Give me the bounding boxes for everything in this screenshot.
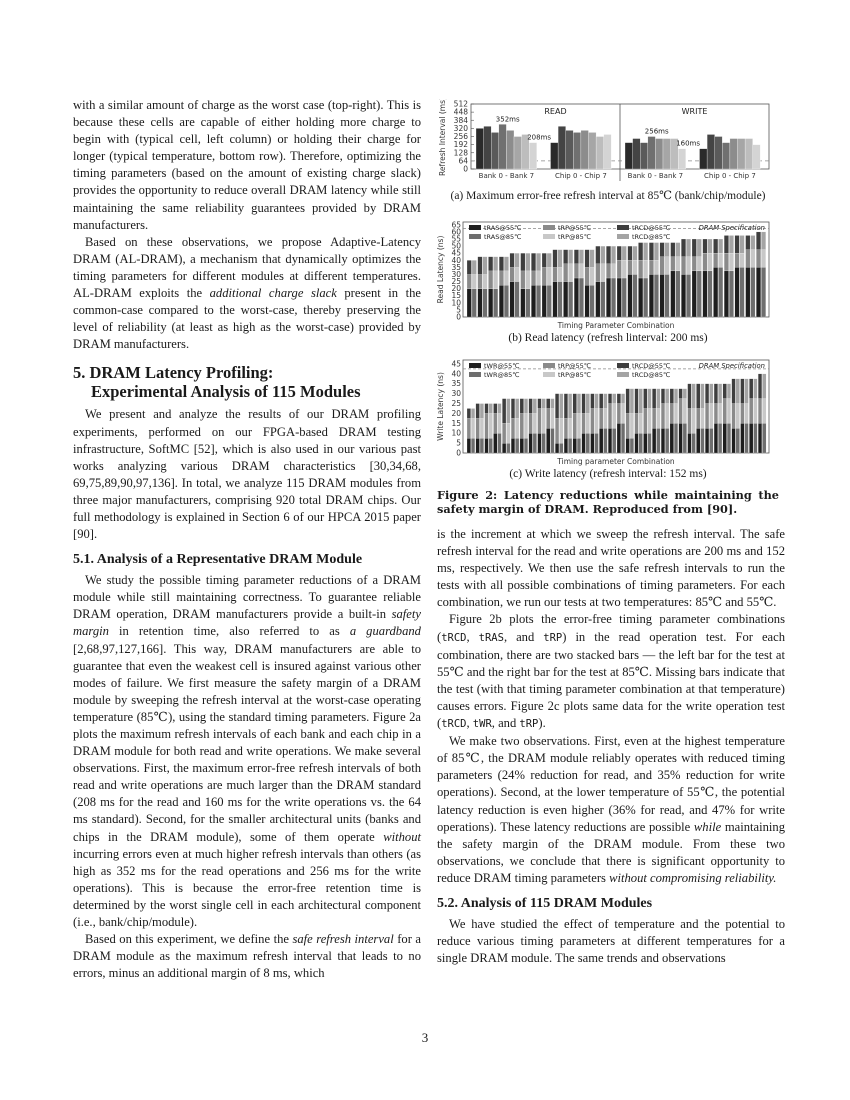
svg-text:40: 40 [451, 369, 461, 378]
svg-text:128: 128 [454, 148, 469, 157]
svg-text:25: 25 [451, 399, 461, 408]
refresh-interval-chart: 064128192256320384448512Refresh Interval… [437, 99, 779, 187]
svg-text:Refresh Interval (ms): Refresh Interval (ms) [438, 99, 447, 176]
emphasis: without [383, 830, 421, 844]
svg-text:20: 20 [451, 409, 461, 418]
paragraph: Based on this experiment, we define the … [73, 931, 421, 982]
emphasis: while [694, 820, 721, 834]
code-term: tRP [543, 632, 562, 644]
svg-text:Timing Parameter Combination: Timing Parameter Combination [557, 321, 675, 330]
svg-text:Chip 0 - Chip 7: Chip 0 - Chip 7 [555, 172, 607, 180]
svg-text:208ms: 208ms [527, 134, 551, 142]
svg-text:tRCD@85℃: tRCD@85℃ [632, 371, 670, 379]
svg-text:DRAM Specification: DRAM Specification [699, 224, 765, 232]
svg-text:192: 192 [454, 140, 469, 149]
svg-text:tRCD@55℃: tRCD@55℃ [632, 362, 670, 370]
svg-text:30: 30 [451, 389, 461, 398]
emphasis: additional charge slack [210, 286, 337, 300]
subfigure-caption: (b) Read latency (refresh linterval: 200… [437, 332, 779, 344]
text-run: ). [538, 716, 545, 730]
paragraph: We have studied the effect of temperatur… [437, 916, 785, 967]
read-latency-chart: 05101520253035404550556065Read Latency (… [437, 219, 779, 331]
text-run: [2,68,97,127,166]. This way, DRAM manufa… [73, 642, 421, 844]
emphasis: safe refresh interval [292, 932, 393, 946]
svg-text:45: 45 [451, 359, 461, 368]
paragraph: We make two observations. First, even at… [437, 733, 785, 887]
svg-text:352ms: 352ms [496, 115, 520, 123]
svg-text:tRAS@55℃: tRAS@55℃ [484, 224, 521, 232]
text-run: in retention time, also referred to as [109, 624, 350, 638]
section-5-heading: 5. DRAM Latency Profiling:Experimental A… [73, 363, 421, 401]
svg-text:tRP@85℃: tRP@85℃ [558, 233, 591, 241]
svg-text:tRCD@55℃: tRCD@55℃ [632, 224, 670, 232]
paragraph: We present and analyze the results of ou… [73, 406, 421, 543]
svg-text:0: 0 [456, 449, 461, 458]
svg-text:256ms: 256ms [645, 128, 669, 136]
svg-text:5: 5 [456, 439, 461, 448]
svg-text:tRP@85℃: tRP@85℃ [558, 371, 591, 379]
text-run: incurring errors even at much higher ref… [73, 847, 421, 929]
svg-text:tRAS@85℃: tRAS@85℃ [484, 233, 521, 241]
text-run: ) in the read operation test. For each c… [437, 630, 785, 730]
svg-text:15: 15 [451, 419, 461, 428]
text-run: Based on this experiment, we define the [85, 932, 292, 946]
svg-text:64: 64 [458, 156, 468, 165]
left-column: with a similar amount of charge as the w… [73, 97, 421, 982]
page-number: 3 [0, 1030, 850, 1046]
svg-text:160ms: 160ms [676, 140, 700, 148]
heading-line: Experimental Analysis of 115 Modules [73, 382, 421, 401]
svg-text:35: 35 [451, 379, 461, 388]
paragraph: Figure 2b plots the error-free timing pa… [437, 611, 785, 733]
code-term: tWR [473, 718, 492, 730]
svg-text:DRAM Specification: DRAM Specification [699, 362, 765, 370]
svg-text:256: 256 [454, 132, 469, 141]
paragraph: We study the possible timing parameter r… [73, 572, 421, 931]
svg-text:512: 512 [454, 100, 469, 109]
svg-text:Bank 0 - Bank 7: Bank 0 - Bank 7 [479, 172, 535, 180]
subfigure-caption: (c) Write latency (refresh interval: 152… [437, 468, 779, 480]
text-run: , and [504, 630, 543, 644]
svg-text:tRP@55℃: tRP@55℃ [558, 224, 591, 232]
svg-text:tWR@55℃: tWR@55℃ [484, 362, 520, 370]
code-term: tRP [519, 718, 538, 730]
svg-text:320: 320 [454, 124, 469, 133]
paragraph: is the increment at which we sweep the r… [437, 526, 785, 611]
paragraph: with a similar amount of charge as the w… [73, 97, 421, 234]
svg-text:tRP@55℃: tRP@55℃ [558, 362, 591, 370]
figure-2b: 05101520253035404550556065Read Latency (… [437, 219, 779, 344]
code-term: tRCD [441, 632, 466, 644]
svg-text:WRITE: WRITE [682, 107, 708, 116]
subfigure-caption: (a) Maximum error-free refresh interval … [437, 188, 779, 202]
section-5-2-heading: 5.2. Analysis of 115 DRAM Modules [437, 895, 785, 913]
svg-text:0: 0 [463, 165, 468, 174]
svg-text:Timing parameter Combination: Timing parameter Combination [556, 457, 675, 466]
svg-text:10: 10 [451, 429, 461, 438]
right-column: is the increment at which we sweep the r… [437, 526, 785, 967]
figure-2c: 051015202530354045Write Latency (ns)Timi… [437, 357, 779, 480]
heading-line: 5. DRAM Latency Profiling: [73, 363, 273, 382]
text-run: , [467, 630, 479, 644]
emphasis: a guardband [350, 624, 421, 638]
figure-2a: 064128192256320384448512Refresh Interval… [437, 99, 779, 202]
figure-caption: Figure 2: Latency reductions while maint… [437, 488, 779, 516]
code-term: tRCD [441, 718, 466, 730]
svg-text:Bank 0 - Bank 7: Bank 0 - Bank 7 [628, 172, 684, 180]
text-run: , and [492, 716, 520, 730]
emphasis: without compromising reliability. [609, 871, 776, 885]
svg-text:tWR@85℃: tWR@85℃ [484, 371, 520, 379]
svg-text:Chip 0 - Chip 7: Chip 0 - Chip 7 [704, 172, 756, 180]
svg-text:READ: READ [544, 107, 566, 116]
text-run: We study the possible timing parameter r… [73, 573, 421, 621]
paragraph: Based on these observations, we propose … [73, 234, 421, 354]
svg-text:tRCD@85℃: tRCD@85℃ [632, 233, 670, 241]
svg-text:448: 448 [454, 108, 469, 117]
svg-text:65: 65 [451, 220, 461, 229]
write-latency-chart: 051015202530354045Write Latency (ns)Timi… [437, 357, 779, 467]
code-term: tRAS [479, 632, 504, 644]
section-5-1-heading: 5.1. Analysis of a Representative DRAM M… [73, 551, 421, 569]
svg-text:Write Latency (ns): Write Latency (ns) [437, 372, 445, 441]
svg-text:Read Latency (ns): Read Latency (ns) [437, 236, 445, 304]
svg-text:384: 384 [454, 116, 469, 125]
